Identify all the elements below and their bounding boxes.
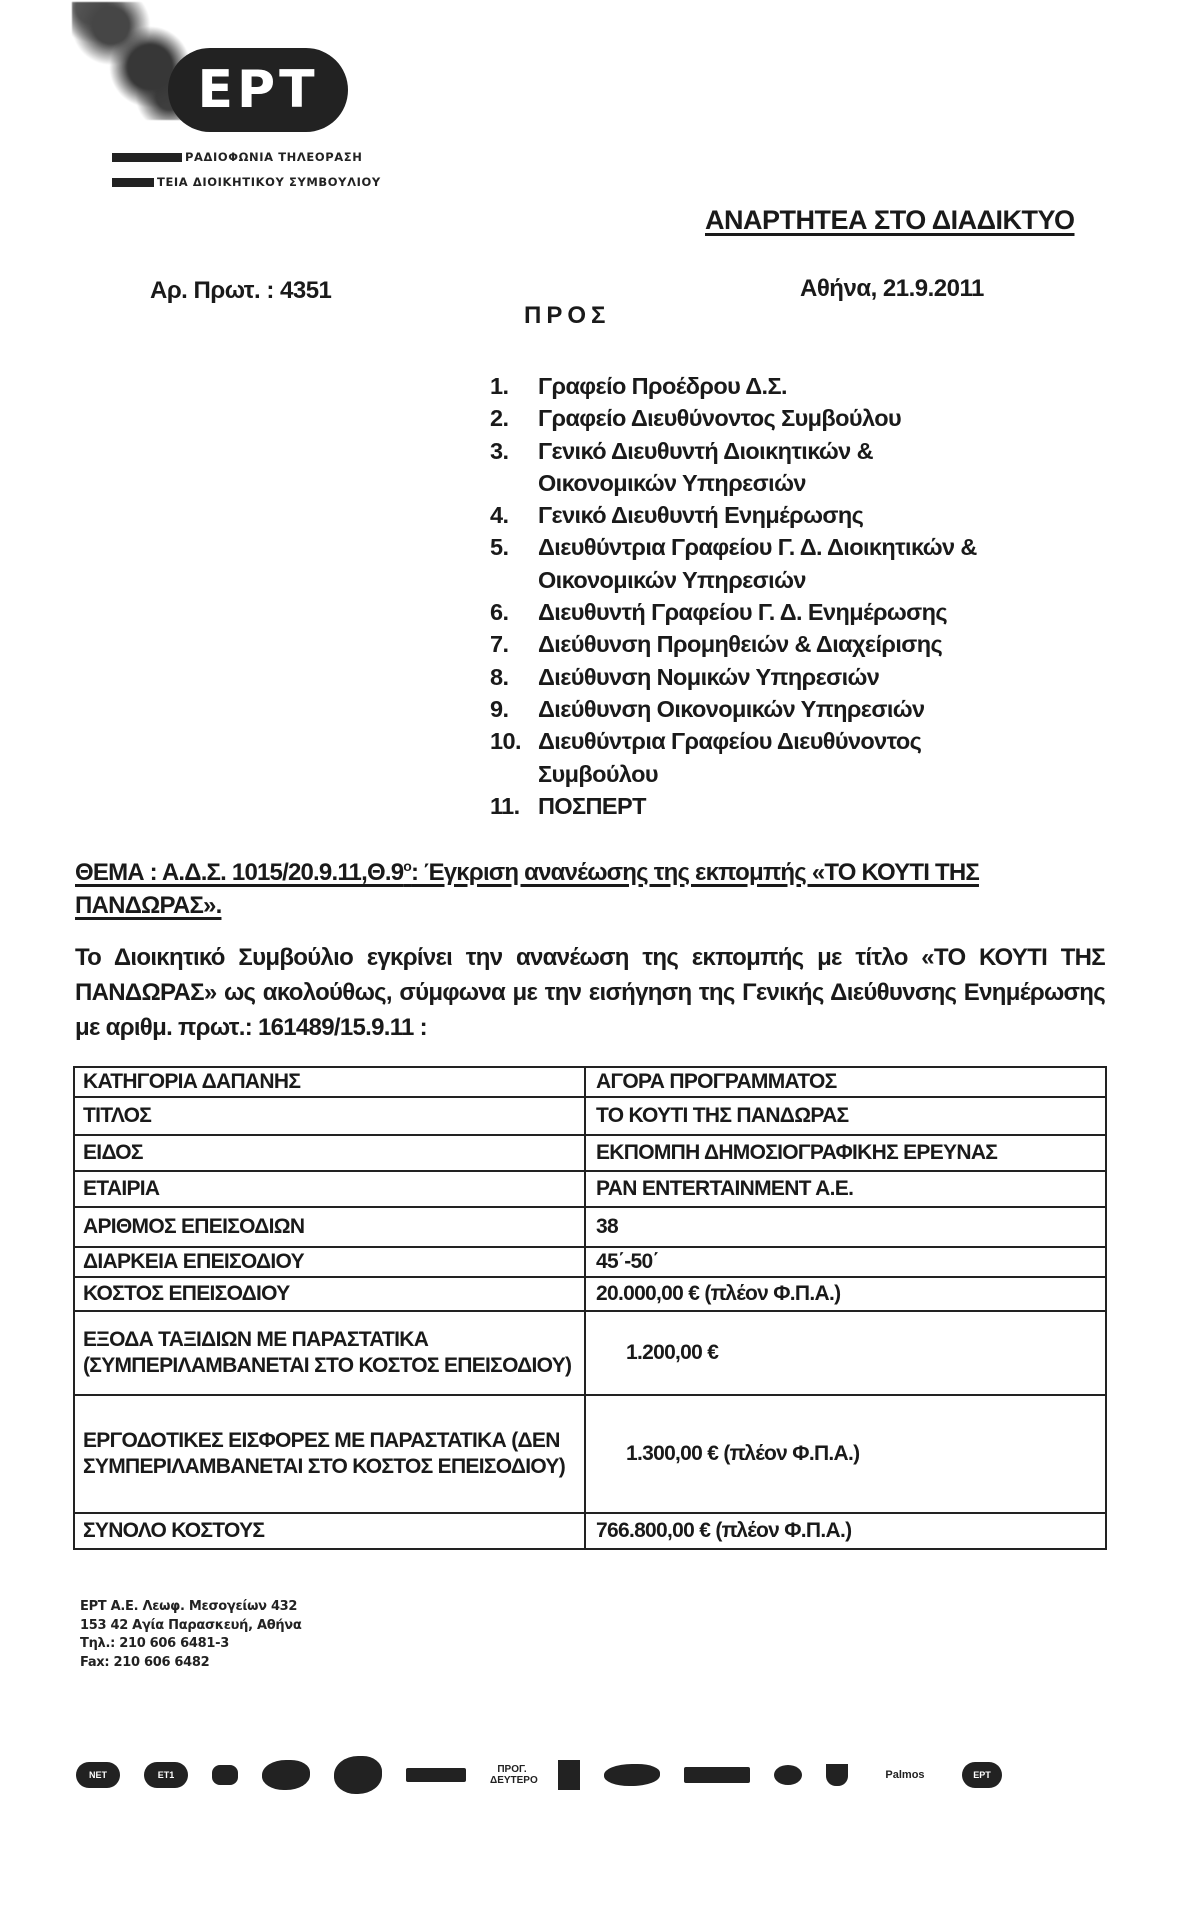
recipient-item: 2.Γραφείο Διευθύνοντος Συμβούλου bbox=[490, 402, 1090, 434]
document-date: Αθήνα, 21.9.2011 bbox=[800, 275, 984, 303]
recipient-item: 4.Γενικό Διευθυντή Ενημέρωσης bbox=[490, 499, 1090, 531]
cost-table-value: 45΄-50΄ bbox=[585, 1247, 1106, 1277]
deftero-bar-logo-icon bbox=[406, 1768, 466, 1782]
cost-table-row: ΣΥΝΟΛΟ ΚΟΣΤΟΥΣ766.800,00 € (πλέον Φ.Π.Α.… bbox=[74, 1513, 1106, 1549]
ert-logo: ΕΡΤ bbox=[168, 48, 348, 132]
cost-table-key: ΑΡΙΘΜΟΣ ΕΠΕΙΣΟΔΙΩΝ bbox=[74, 1207, 585, 1247]
cost-table-value: 38 bbox=[585, 1207, 1106, 1247]
cost-table-value: ΤΟ ΚΟΥΤΙ ΤΗΣ ΠΑΝΔΩΡΑΣ bbox=[585, 1097, 1106, 1135]
recipient-item: 5.Διευθύντρια Γραφείου Γ. Δ. Διοικητικών… bbox=[490, 531, 1090, 596]
cost-table-row: ΕΤΑΙΡΙΑPAN ENTERTAINMENT A.E. bbox=[74, 1171, 1106, 1207]
org-name-line2: ΤΕΙΑ ΔΙΟΙΚΗΤΙΚΟΥ ΣΥΜΒΟΥΛΙΟΥ bbox=[112, 175, 381, 189]
kosmos-logo-icon bbox=[334, 1756, 382, 1794]
cost-table-value: ΕΚΠΟΜΠΗ ΔΗΜΟΣΙΟΓΡΑΦΙΚΗΣ ΕΡΕΥΝΑΣ bbox=[585, 1135, 1106, 1171]
et1-logo-icon: ΕΤ1 bbox=[144, 1762, 188, 1788]
affiliate-logos-row: NET ΕΤ1 ΠΡΟΓ. ΔΕΥΤΕΡΟ Palmos ΕΡΤ bbox=[76, 1745, 1096, 1805]
to-label: ΠΡΟΣ bbox=[524, 302, 610, 330]
cost-table-row: ΕΡΓΟΔΟΤΙΚΕΣ ΕΙΣΦΟΡΕΣ ΜΕ ΠΑΡΑΣΤΑΤΙΚΑ (ΔΕΝ… bbox=[74, 1395, 1106, 1513]
recipient-item: 3.Γενικό Διευθυντή Διοικητικών & Οικονομ… bbox=[490, 435, 1090, 500]
cost-table-value: 20.000,00 € (πλέον Φ.Π.Α.) bbox=[585, 1277, 1106, 1311]
voice-logo-icon bbox=[774, 1765, 802, 1785]
org-name-line1: ΡΑΔΙΟΦΩΝΙΑ ΤΗΛΕΟΡΑΣΗ bbox=[112, 150, 362, 164]
cost-table-row: ΕΙΔΟΣΕΚΠΟΜΠΗ ΔΗΜΟΣΙΟΓΡΑΦΙΚΗΣ ΕΡΕΥΝΑΣ bbox=[74, 1135, 1106, 1171]
ert-small-logo-icon: ΕΡΤ bbox=[962, 1762, 1002, 1788]
redacted-block bbox=[112, 153, 182, 162]
cost-table-value: ΑΓΟΡΑ ΠΡΟΓΡΑΜΜΑΤΟΣ bbox=[585, 1067, 1106, 1097]
era-logo-icon bbox=[262, 1760, 310, 1790]
recipient-item: 7.Διεύθυνση Προμηθειών & Διαχείρισης bbox=[490, 628, 1090, 660]
cost-table-key: ΚΑΤΗΓΟΡΙΑ ΔΑΠΑΝΗΣ bbox=[74, 1067, 585, 1097]
subject-line: ΘΕΜΑ : Α.Δ.Σ. 1015/20.9.11,Θ.9ο: Έγκριση… bbox=[75, 850, 1105, 922]
black-bar-logo-icon bbox=[684, 1767, 750, 1783]
cost-table-row: ΕΞΟΔΑ ΤΑΞΙΔΙΩΝ ΜΕ ΠΑΡΑΣΤΑΤΙΚΑ (ΣΥΜΠΕΡΙΛΑ… bbox=[74, 1311, 1106, 1395]
footer-address: ΕΡΤ Α.Ε. Λεωφ. Μεσογείων 432 153 42 Αγία… bbox=[80, 1598, 302, 1672]
cost-table: ΚΑΤΗΓΟΡΙΑ ΔΑΠΑΝΗΣΑΓΟΡΑ ΠΡΟΓΡΑΜΜΑΤΟΣΤΙΤΛΟ… bbox=[73, 1066, 1107, 1550]
cost-table-key: ΣΥΝΟΛΟ ΚΟΣΤΟΥΣ bbox=[74, 1513, 585, 1549]
palmos-logo-icon: Palmos bbox=[872, 1770, 938, 1781]
recipient-item: 11.ΠΟΣΠΕΡΤ bbox=[490, 790, 1090, 822]
deftero-program-logo-icon: ΠΡΟΓ. ΔΕΥΤΕΡΟ bbox=[490, 1764, 534, 1786]
cost-table-key: ΕΡΓΟΔΟΤΙΚΕΣ ΕΙΣΦΟΡΕΣ ΜΕ ΠΑΡΑΣΤΑΤΙΚΑ (ΔΕΝ… bbox=[74, 1395, 585, 1513]
cost-table-value: 766.800,00 € (πλέον Φ.Π.Α.) bbox=[585, 1513, 1106, 1549]
recipient-list: 1.Γραφείο Προέδρου Δ.Σ. 2.Γραφείο Διευθύ… bbox=[490, 370, 1090, 822]
protocol-number: Αρ. Πρωτ. : 4351 bbox=[150, 277, 331, 305]
recipient-item: 6.Διευθυντή Γραφείου Γ. Δ. Ενημέρωσης bbox=[490, 596, 1090, 628]
cost-table-value: 1.300,00 € (πλέον Φ.Π.Α.) bbox=[585, 1395, 1106, 1513]
decision-paragraph: Το Διοικητικό Συμβούλιο εγκρίνει την ανα… bbox=[75, 940, 1105, 1045]
recipient-item: 8.Διεύθυνση Νομικών Υπηρεσιών bbox=[490, 661, 1090, 693]
orchestra-logo-icon bbox=[826, 1764, 848, 1786]
cost-table-key: ΕΤΑΙΡΙΑ bbox=[74, 1171, 585, 1207]
cost-table-key: ΔΙΑΡΚΕΙΑ ΕΠΕΙΣΟΔΙΟΥ bbox=[74, 1247, 585, 1277]
recipient-item: 9.Διεύθυνση Οικονομικών Υπηρεσιών bbox=[490, 693, 1090, 725]
redacted-block bbox=[112, 178, 154, 187]
cost-table-key: ΤΙΤΛΟΣ bbox=[74, 1097, 585, 1135]
cost-table-row: ΚΟΣΤΟΣ ΕΠΕΙΣΟΔΙΟΥ20.000,00 € (πλέον Φ.Π.… bbox=[74, 1277, 1106, 1311]
cost-table-row: ΑΡΙΘΜΟΣ ΕΠΕΙΣΟΔΙΩΝ38 bbox=[74, 1207, 1106, 1247]
cost-table-key: ΚΟΣΤΟΣ ΕΠΕΙΣΟΔΙΟΥ bbox=[74, 1277, 585, 1311]
cost-table-row: ΤΙΤΛΟΣΤΟ ΚΟΥΤΙ ΤΗΣ ΠΑΝΔΩΡΑΣ bbox=[74, 1097, 1106, 1135]
era-sport-logo-icon bbox=[604, 1764, 660, 1786]
cost-table-row: ΔΙΑΡΚΕΙΑ ΕΠΕΙΣΟΔΙΟΥ45΄-50΄ bbox=[74, 1247, 1106, 1277]
trito-logo-icon bbox=[558, 1760, 580, 1790]
cost-table-key: ΕΙΔΟΣ bbox=[74, 1135, 585, 1171]
cost-table-key: ΕΞΟΔΑ ΤΑΞΙΔΙΩΝ ΜΕ ΠΑΡΑΣΤΑΤΙΚΑ (ΣΥΜΠΕΡΙΛΑ… bbox=[74, 1311, 585, 1395]
et3-logo-icon bbox=[212, 1765, 238, 1785]
cost-table-row: ΚΑΤΗΓΟΡΙΑ ΔΑΠΑΝΗΣΑΓΟΡΑ ΠΡΟΓΡΑΜΜΑΤΟΣ bbox=[74, 1067, 1106, 1097]
cost-table-value: 1.200,00 € bbox=[585, 1311, 1106, 1395]
cost-table-value: PAN ENTERTAINMENT A.E. bbox=[585, 1171, 1106, 1207]
post-online-notice: ΑΝΑΡΤΗΤΕΑ ΣΤΟ ΔΙΑΔΙΚΤΥΟ bbox=[705, 205, 1075, 236]
recipient-item: 1.Γραφείο Προέδρου Δ.Σ. bbox=[490, 370, 1090, 402]
recipient-item: 10.Διευθύντρια Γραφείου Διευθύνοντος Συμ… bbox=[490, 725, 1090, 790]
net-logo-icon: NET bbox=[76, 1762, 120, 1788]
